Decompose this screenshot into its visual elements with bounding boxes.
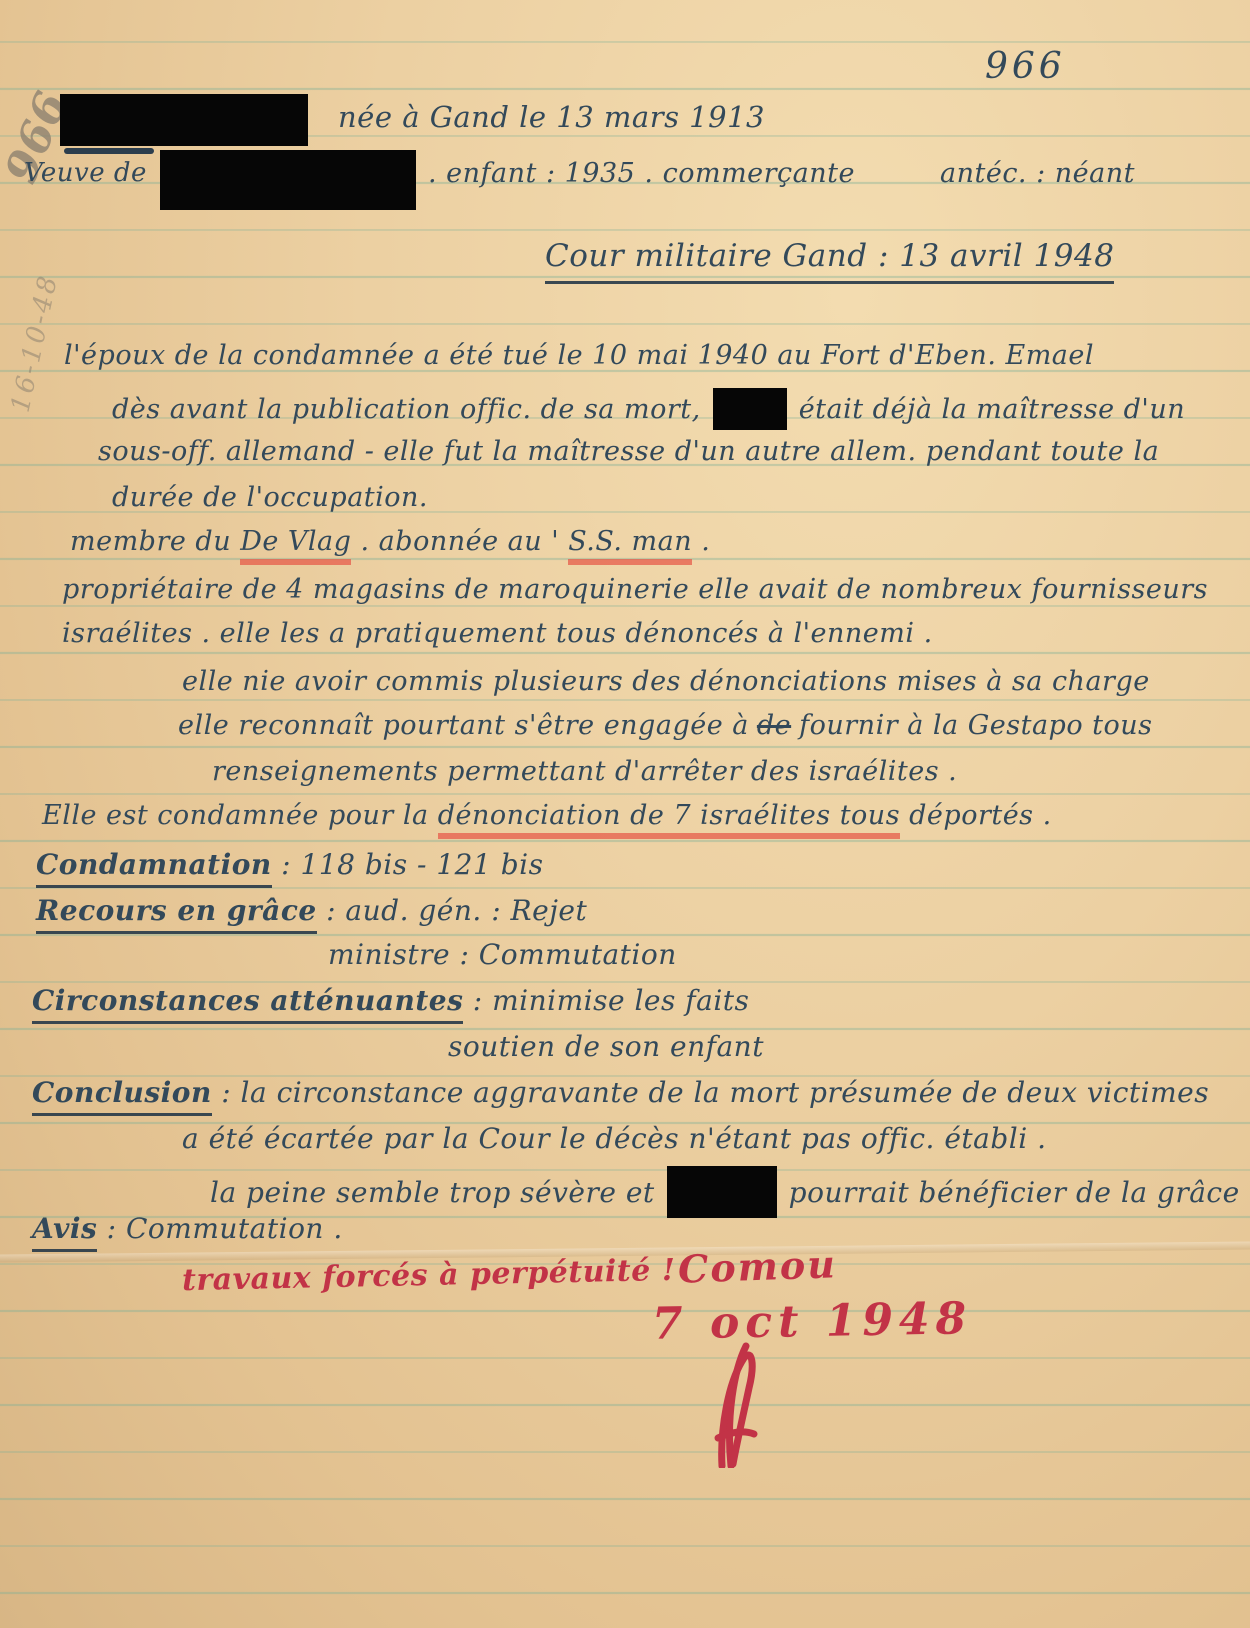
circonstances-label: Circonstances atténuantes: [32, 984, 463, 1024]
red-signer-name: Comou: [677, 1241, 837, 1292]
membership-line: membre du De Vlag . abonnée au ' S.S. ma…: [70, 526, 710, 557]
avis-label: Avis: [32, 1212, 97, 1252]
page-number: 966: [985, 46, 1066, 87]
birth-line: née à Gand le 13 mars 1913: [338, 100, 765, 134]
story-line-2: dès avant la publication offic. de sa mo…: [112, 388, 1185, 430]
antecedents-line: antéc. : néant: [940, 158, 1135, 189]
soutien-line: soutien de son enfant: [448, 1030, 764, 1063]
condemnation-sentence: Elle est condamnée pour la dénonciation …: [42, 800, 1052, 831]
condemnation-red-underlined: dénonciation de 7 israélites tous: [438, 800, 900, 839]
ministre-line: ministre : Commutation: [328, 938, 677, 971]
veuve-label: Veuve de: [24, 158, 147, 188]
circonstances-value: : minimise les faits: [463, 984, 749, 1017]
conclusion-line-3b: pourrait bénéficier de la grâce -: [789, 1176, 1250, 1209]
story-line-9-struck-word: de: [757, 710, 791, 741]
avis-line: Avis : Commutation .: [32, 1212, 343, 1245]
membership-ssman: S.S. man: [568, 526, 692, 565]
conclusion-label: Conclusion: [32, 1076, 212, 1116]
story-line-7: israélites . elle les a pratiquement tou…: [62, 618, 933, 649]
redaction-block-name2: [160, 150, 416, 210]
membership-post: .: [692, 526, 710, 557]
story-line-10: renseignements permettant d'arrêter des …: [212, 756, 957, 787]
membership-mid: . abonnée au ': [351, 526, 568, 557]
civil-status-line: . enfant : 1935 . commerçante: [428, 158, 855, 189]
court-title: Cour militaire Gand : 13 avril 1948: [545, 238, 1114, 274]
conclusion-line-3a: la peine semble trop sévère et: [210, 1176, 655, 1209]
redaction-block-inline-1: [713, 388, 787, 430]
conclusion-value: : la circonstance aggravante de la mort …: [212, 1076, 1209, 1109]
signature-icon: [696, 1342, 780, 1468]
recours-line: Recours en grâce : aud. gén. : Rejet: [36, 894, 587, 927]
conclusion-line: Conclusion : la circonstance aggravante …: [32, 1076, 1209, 1109]
recours-value: : aud. gén. : Rejet: [317, 894, 588, 927]
story-line-8: elle nie avoir commis plusieurs des déno…: [182, 666, 1150, 697]
condamnation-label: Condamnation: [36, 848, 272, 888]
avis-value: : Commutation .: [97, 1212, 343, 1245]
underline-stroke-1: [64, 148, 154, 154]
circonstances-line: Circonstances atténuantes : minimise les…: [32, 984, 749, 1017]
story-line-9a: elle reconnaît pourtant s'être engagée à: [178, 710, 749, 741]
conclusion-line-3: la peine semble trop sévère et pourrait …: [210, 1166, 1250, 1218]
condamnation-value: : 118 bis - 121 bis: [272, 848, 544, 881]
membership-pre: membre du: [70, 526, 240, 557]
condamnation-line: Condamnation : 118 bis - 121 bis: [36, 848, 543, 881]
court-title-text: Cour militaire Gand : 13 avril 1948: [545, 238, 1114, 284]
redaction-block-name1: [60, 94, 308, 146]
condemnation-pre: Elle est condamnée pour la: [42, 800, 438, 831]
story-line-9b: fournir à la Gestapo tous: [799, 710, 1152, 741]
red-signature-monogram: [696, 1342, 780, 1468]
recours-label: Recours en grâce: [36, 894, 317, 934]
membership-devlag: De Vlag: [240, 526, 351, 565]
redaction-block-inline-2: [667, 1166, 777, 1218]
condemnation-post: déportés .: [900, 800, 1052, 831]
story-line-2b: était déjà la maîtresse d'un: [799, 394, 1185, 425]
document-scan: 966 16-10-48 966 née à Gand le 13 mars 1…: [0, 0, 1250, 1628]
conclusion-line-2: a été écartée par la Cour le décès n'éta…: [182, 1122, 1047, 1155]
story-line-2a: dès avant la publication offic. de sa mo…: [112, 394, 701, 425]
story-line-6: propriétaire de 4 magasins de maroquiner…: [62, 574, 1208, 605]
story-line-1: l'époux de la condamnée a été tué le 10 …: [64, 340, 1094, 371]
story-line-4: durée de l'occupation.: [112, 482, 428, 513]
story-line-9: elle reconnaît pourtant s'être engagée à…: [178, 710, 1153, 741]
story-line-3: sous-off. allemand - elle fut la maîtres…: [98, 436, 1159, 467]
